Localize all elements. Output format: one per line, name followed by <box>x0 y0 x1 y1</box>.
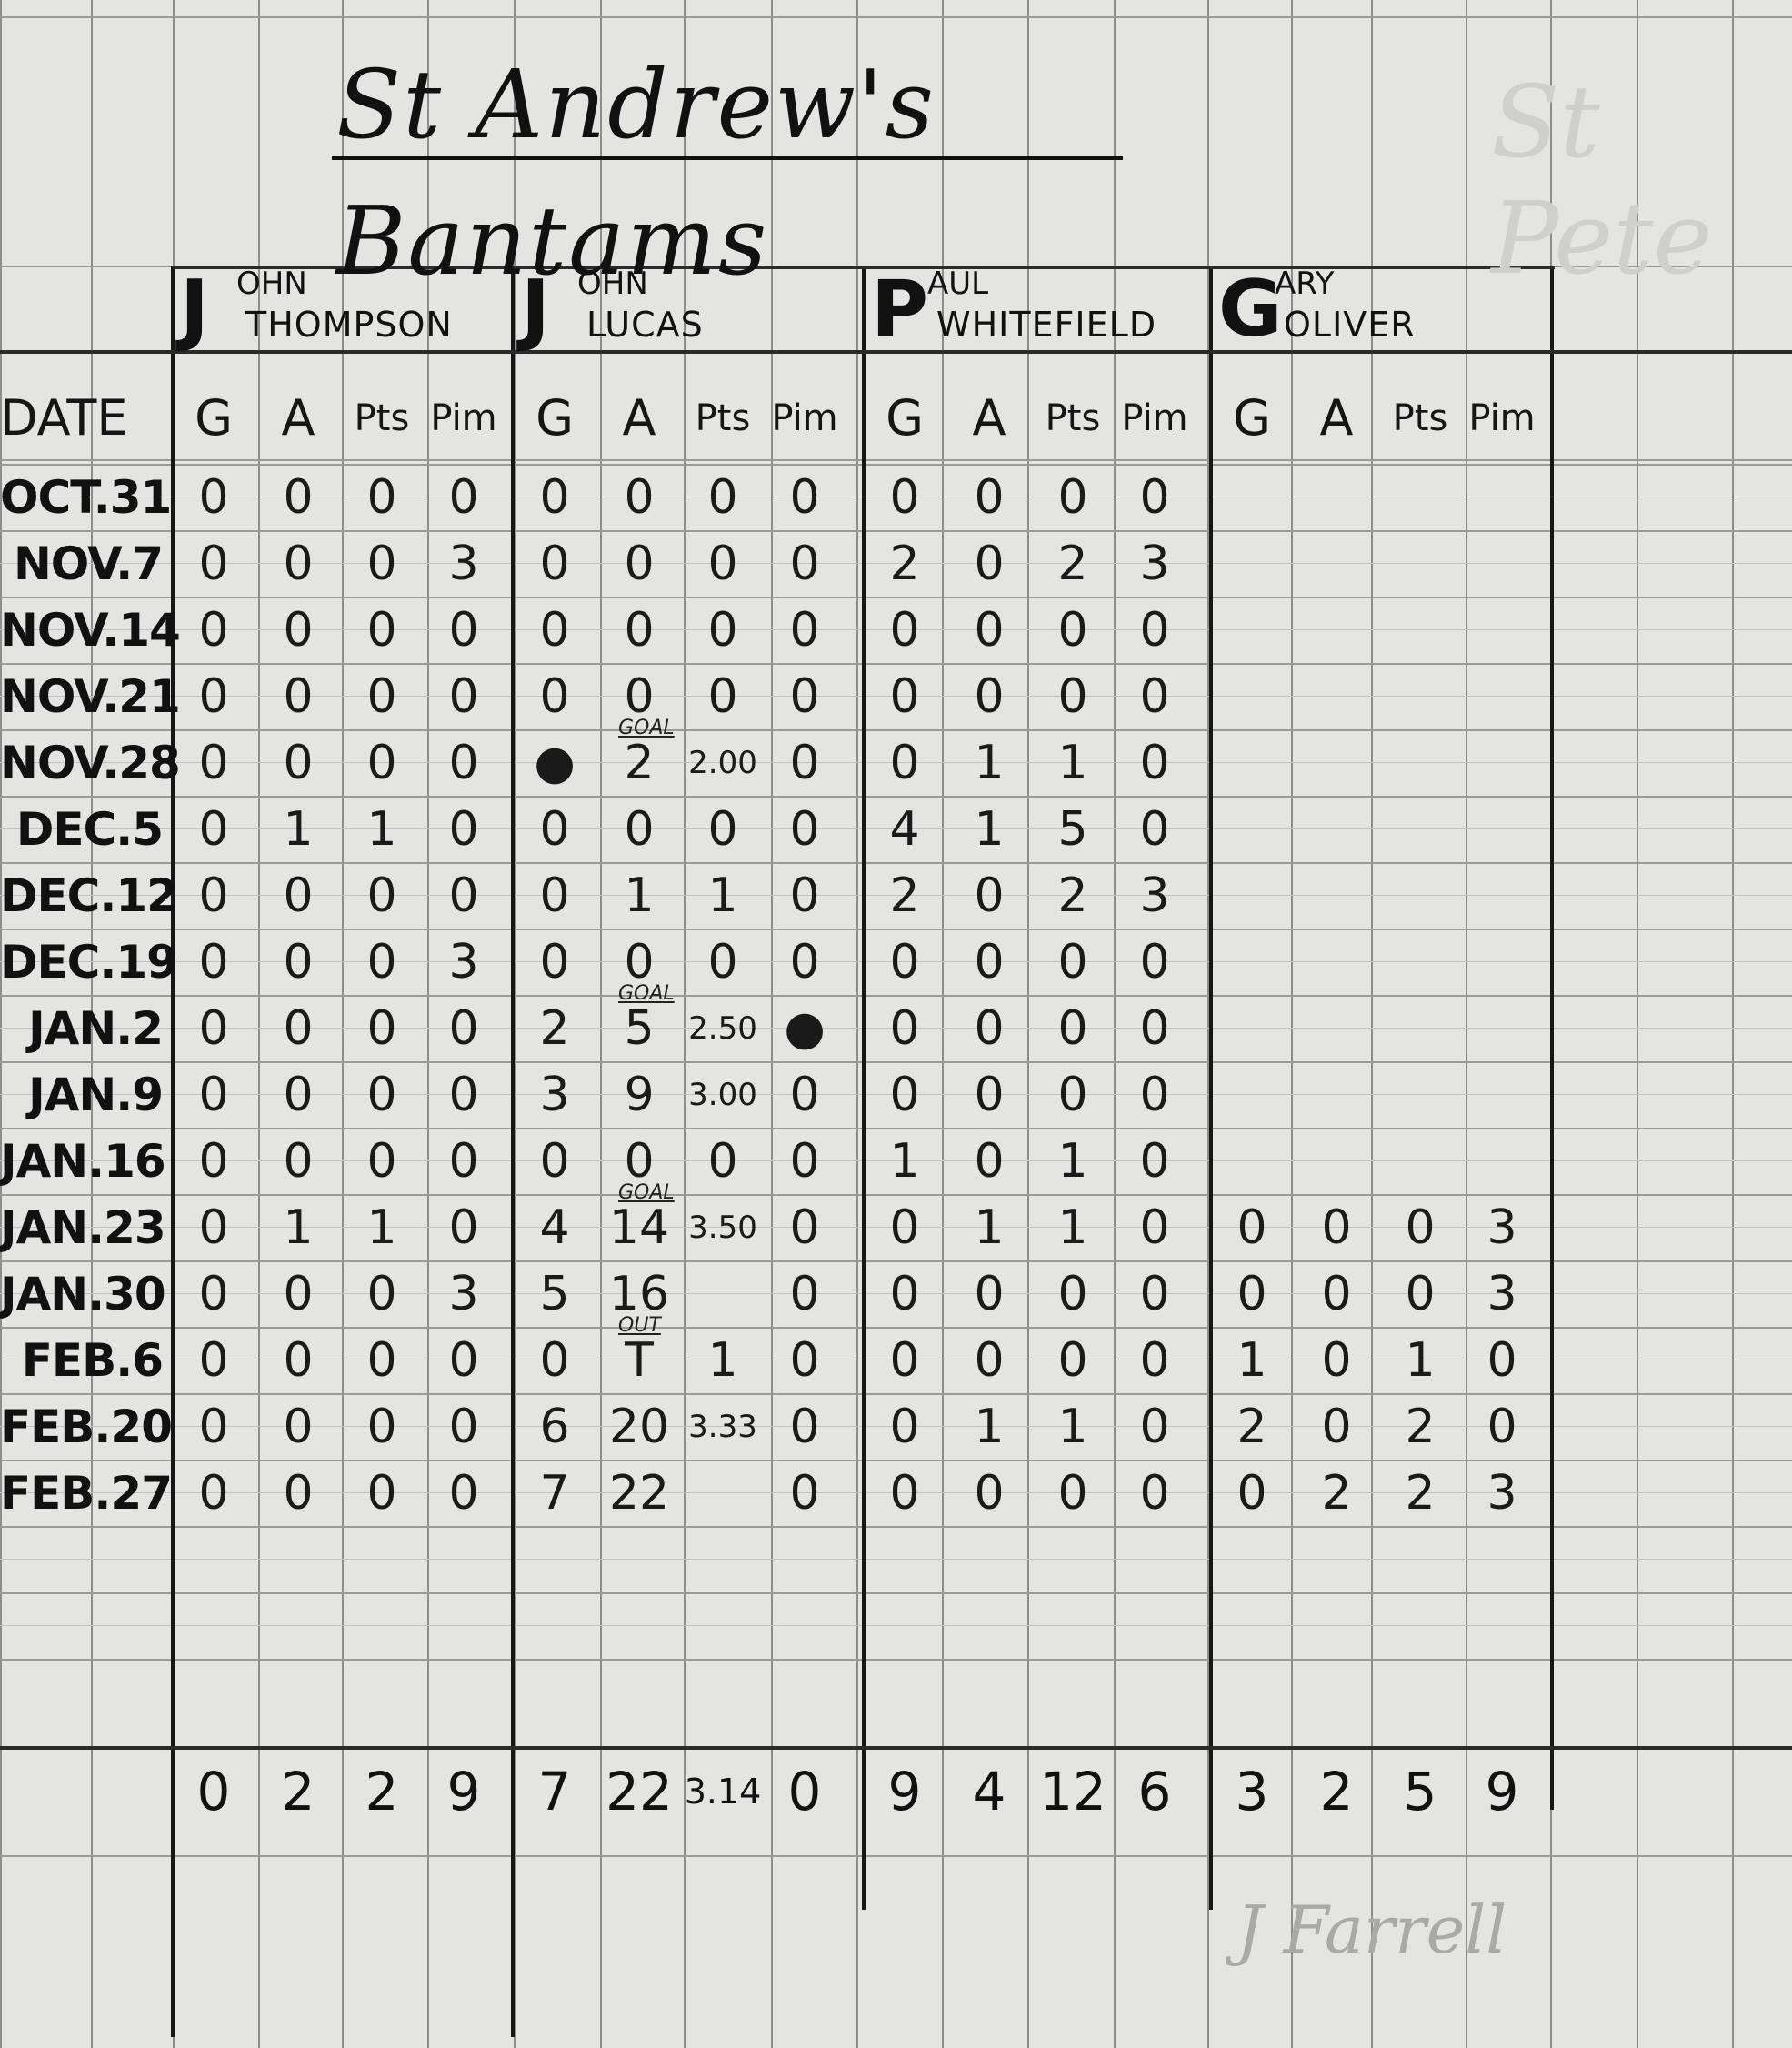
stat-cell: 0 <box>764 798 846 861</box>
stat-cell: 0 <box>1379 1196 1461 1260</box>
grid-row-line <box>0 1659 1792 1661</box>
stat-header-pts: Pts <box>682 382 764 455</box>
player-name-last: OLIVER <box>1284 304 1416 346</box>
stat-cell: 0 <box>864 1395 946 1459</box>
stat-cell: 0 <box>948 1129 1030 1193</box>
stat-cell: 1 <box>682 1329 764 1392</box>
stat-cell: 0 <box>864 1196 946 1260</box>
stat-cell: 0 <box>423 1063 505 1127</box>
stat-cell: 0 <box>1114 731 1196 795</box>
stat-cell: 0 <box>1296 1329 1377 1392</box>
stat-cell: 20 <box>598 1395 680 1459</box>
row-date: FEB.6 <box>0 1329 168 1392</box>
row-date: NOV.21 <box>0 665 168 728</box>
stat-cell: 0 <box>598 466 680 529</box>
stat-cell <box>1211 598 1293 662</box>
row-date: DEC.5 <box>0 798 168 861</box>
player-divider-line <box>1550 266 1554 1810</box>
stat-cell: 0 <box>341 997 423 1060</box>
stat-cell: 2 <box>864 864 946 928</box>
stat-cell <box>1211 864 1293 928</box>
stat-cell: 0 <box>423 1461 505 1525</box>
stat-cell: 0 <box>1379 1262 1461 1326</box>
stat-cell: 1 <box>948 798 1030 861</box>
stat-cell <box>1296 997 1377 1060</box>
stat-cell: 5 <box>514 1262 596 1326</box>
stat-cell: 0 <box>1114 1262 1196 1326</box>
stat-cell: 0 <box>764 532 846 596</box>
stat-cell: 0 <box>682 798 764 861</box>
stat-cell <box>1379 864 1461 928</box>
stat-cell: 1 <box>948 1395 1030 1459</box>
stat-cell: 0 <box>341 1395 423 1459</box>
stat-cell: 0 <box>764 665 846 728</box>
stat-cell <box>1461 1129 1543 1193</box>
stat-cell <box>1296 731 1377 795</box>
stat-cell <box>1379 598 1461 662</box>
stat-cell <box>1379 532 1461 596</box>
player-name-initial: P <box>871 264 928 355</box>
stat-cell: 0 <box>514 665 596 728</box>
stat-cell: 0 <box>257 598 339 662</box>
grid-row-line <box>0 459 1792 461</box>
row-date: JAN.16 <box>0 1129 168 1193</box>
stat-cell <box>1379 466 1461 529</box>
stat-cell: 0 <box>514 864 596 928</box>
row-date: NOV.7 <box>0 532 168 596</box>
stat-cell: 3 <box>423 930 505 994</box>
stat-cell: 3 <box>1461 1196 1543 1260</box>
stat-cell: 0 <box>514 598 596 662</box>
stat-cell <box>1211 997 1293 1060</box>
player-name-first: ARY <box>1275 266 1334 302</box>
stat-cell <box>1296 798 1377 861</box>
stat-cell: 3 <box>1114 864 1196 928</box>
row-date: DEC.19 <box>0 930 168 994</box>
stat-cell <box>682 1461 764 1525</box>
player-header: JOHNTHOMPSON <box>173 264 509 355</box>
stat-cell: 0 <box>948 466 1030 529</box>
stat-cell: 0 <box>423 1395 505 1459</box>
stat-cell: 0 <box>173 1461 255 1525</box>
grid-column-line <box>1637 0 1638 2048</box>
player-name-first: OHN <box>577 266 648 302</box>
grid-row-line <box>0 1526 1792 1528</box>
row-date: NOV.14 <box>0 598 168 662</box>
stat-cell: 7 <box>514 1461 596 1525</box>
stat-cell <box>1379 1063 1461 1127</box>
stat-cell: 0 <box>1211 1196 1293 1260</box>
stat-cell: 2 <box>1296 1461 1377 1525</box>
stat-cell: 0 <box>173 1063 255 1127</box>
player-name-last: THOMPSON <box>245 304 453 346</box>
stat-cell: 0 <box>864 1461 946 1525</box>
stat-cell: 0 <box>1461 1395 1543 1459</box>
stat-cell: 0 <box>173 1196 255 1260</box>
date-column-header: DATE <box>0 382 164 455</box>
stat-cell: 0 <box>1032 1461 1114 1525</box>
stat-cell: 1 <box>948 1196 1030 1260</box>
row-date: DEC.12 <box>0 864 168 928</box>
stat-cell: 0 <box>423 864 505 928</box>
stat-cell: 0 <box>1296 1196 1377 1260</box>
grid-faint-line <box>0 1559 1792 1560</box>
stat-cell: 0 <box>173 798 255 861</box>
player-name-initial: J <box>180 264 209 355</box>
stat-cell: 0 <box>948 1063 1030 1127</box>
stat-cell: 0 <box>1461 1329 1543 1392</box>
player-name-initial: G <box>1218 264 1283 355</box>
stat-header-g: G <box>1211 382 1293 455</box>
stat-cell: 0 <box>948 532 1030 596</box>
stat-cell: 0 <box>1114 997 1196 1060</box>
stat-cell: 2 <box>1379 1461 1461 1525</box>
stat-cell: 0 <box>1114 1063 1196 1127</box>
stat-cell: 0 <box>948 1329 1030 1392</box>
stat-cell: 0 <box>257 1063 339 1127</box>
player-name-first: AUL <box>927 266 988 302</box>
stat-header-pim: Pim <box>423 382 505 455</box>
stat-cell: 0 <box>423 1196 505 1260</box>
stat-cell: 1 <box>1211 1329 1293 1392</box>
stat-cell: 0 <box>423 598 505 662</box>
stat-cell: 2 <box>1032 532 1114 596</box>
stat-cell: 4 <box>864 798 946 861</box>
stat-cell: 2 <box>1379 1395 1461 1459</box>
stat-cell <box>1211 1129 1293 1193</box>
total-cell: 2 <box>257 1755 339 1828</box>
stat-header-g: G <box>864 382 946 455</box>
stat-cell: 2.00 <box>682 731 764 795</box>
stat-cell <box>1379 731 1461 795</box>
stat-cell: 0 <box>257 731 339 795</box>
grid-column-line <box>856 0 858 2048</box>
stat-cell: 0 <box>257 864 339 928</box>
stat-cell <box>682 1262 764 1326</box>
total-cell: 7 <box>514 1755 596 1828</box>
stat-cell: 1 <box>1032 1129 1114 1193</box>
total-cell: 0 <box>764 1755 846 1828</box>
stat-cell: 0 <box>341 1262 423 1326</box>
stat-cell <box>1211 1063 1293 1127</box>
total-cell: 0 <box>173 1755 255 1828</box>
stat-cell: 14 <box>598 1196 680 1260</box>
stat-cell <box>1296 532 1377 596</box>
stat-cell: 0 <box>257 1461 339 1525</box>
stat-cell <box>1211 798 1293 861</box>
stat-cell <box>1461 466 1543 529</box>
row-date: JAN.2 <box>0 997 168 1060</box>
stat-cell: 0 <box>1114 665 1196 728</box>
grid-faint-line <box>0 1625 1792 1626</box>
stat-cell: 3 <box>514 1063 596 1127</box>
stat-cell: 0 <box>864 466 946 529</box>
stat-cell: 0 <box>1211 1461 1293 1525</box>
stat-cell: 5 <box>1032 798 1114 861</box>
stat-cell: 0 <box>341 1329 423 1392</box>
total-cell: 3 <box>1211 1755 1293 1828</box>
stat-cell: 0 <box>341 930 423 994</box>
stat-cell: 0 <box>1114 798 1196 861</box>
stat-cell: 1 <box>864 1129 946 1193</box>
stat-cell: 0 <box>341 864 423 928</box>
stat-cell: 0 <box>864 598 946 662</box>
stat-cell <box>1461 997 1543 1060</box>
stat-header-pim: Pim <box>1114 382 1196 455</box>
stat-cell: 0 <box>764 1395 846 1459</box>
stat-cell: 0 <box>341 598 423 662</box>
stat-cell <box>1296 1129 1377 1193</box>
stat-cell: 0 <box>341 731 423 795</box>
stat-cell: T <box>598 1329 680 1392</box>
stat-cell: 0 <box>948 864 1030 928</box>
stat-cell: 0 <box>257 930 339 994</box>
stat-cell: 0 <box>1114 1461 1196 1525</box>
stat-header-pts: Pts <box>341 382 423 455</box>
grid-column-line <box>1732 0 1734 2048</box>
ledger-sheet: St Pete St Andrew's Bantams JOHNTHOMPSON… <box>0 0 1792 2048</box>
stat-cell: 0 <box>173 532 255 596</box>
stat-cell: 0 <box>514 1129 596 1193</box>
title-underline <box>332 156 1123 160</box>
row-date: OCT.31 <box>0 466 168 529</box>
stat-cell: 0 <box>1032 997 1114 1060</box>
stat-cell: 9 <box>598 1063 680 1127</box>
stat-cell: 0 <box>864 930 946 994</box>
stat-cell: 0 <box>173 466 255 529</box>
stat-cell: 0 <box>764 1461 846 1525</box>
stat-cell: 0 <box>764 1262 846 1326</box>
stat-header-a: A <box>1296 382 1377 455</box>
margin-note: OUT <box>618 1314 661 1337</box>
stat-cell: 0 <box>1114 598 1196 662</box>
stat-cell: 0 <box>864 1329 946 1392</box>
stat-cell <box>1461 1063 1543 1127</box>
stat-cell: 0 <box>1032 1329 1114 1392</box>
margin-note: GOAL <box>618 982 675 1005</box>
stat-header-pts: Pts <box>1379 382 1461 455</box>
stat-cell: 0 <box>1114 930 1196 994</box>
stat-cell: 0 <box>257 532 339 596</box>
stat-cell: 0 <box>1114 1196 1196 1260</box>
stat-cell <box>1211 466 1293 529</box>
stat-cell: 3.33 <box>682 1395 764 1459</box>
stat-cell: 0 <box>764 864 846 928</box>
stat-cell <box>1296 930 1377 994</box>
player-name-initial: J <box>521 264 550 355</box>
stat-header-pim: Pim <box>1461 382 1543 455</box>
stat-cell <box>1211 930 1293 994</box>
stat-cell: 0 <box>257 1395 339 1459</box>
stat-cell: 0 <box>948 598 1030 662</box>
stat-cell <box>1461 665 1543 728</box>
stat-cell: 0 <box>1114 466 1196 529</box>
grid-row-line <box>0 1592 1792 1594</box>
grid-row-line <box>0 1855 1792 1857</box>
row-date: JAN.23 <box>0 1196 168 1260</box>
stat-cell: 2 <box>1032 864 1114 928</box>
stat-cell: 0 <box>341 532 423 596</box>
stat-cell: 0 <box>514 466 596 529</box>
stat-cell: 0 <box>948 1262 1030 1326</box>
stat-cell: 0 <box>1114 1329 1196 1392</box>
stat-cell: 0 <box>341 665 423 728</box>
stat-cell: 0 <box>514 798 596 861</box>
stat-cell: 0 <box>948 997 1030 1060</box>
stat-cell: 0 <box>514 930 596 994</box>
stat-cell: 1 <box>682 864 764 928</box>
stat-cell <box>1461 930 1543 994</box>
stat-cell <box>1211 665 1293 728</box>
stat-cell: ● <box>514 731 596 795</box>
row-date: FEB.20 <box>0 1395 168 1459</box>
margin-note: GOAL <box>618 1181 675 1204</box>
stat-cell <box>1296 1063 1377 1127</box>
stat-cell: 2 <box>514 997 596 1060</box>
stat-cell: 0 <box>1296 1395 1377 1459</box>
stat-cell: 0 <box>257 665 339 728</box>
stat-cell <box>1461 798 1543 861</box>
stat-cell <box>1296 466 1377 529</box>
stat-cell: 0 <box>423 731 505 795</box>
stat-cell: 1 <box>341 798 423 861</box>
stat-cell: 0 <box>257 1129 339 1193</box>
stat-cell: 0 <box>598 798 680 861</box>
stat-header-pim: Pim <box>764 382 846 455</box>
stat-cell: 0 <box>764 1329 846 1392</box>
stat-cell: 0 <box>598 598 680 662</box>
stat-cell: 3 <box>1114 532 1196 596</box>
stat-cell: 0 <box>173 731 255 795</box>
stat-cell: 0 <box>682 930 764 994</box>
stat-cell: 0 <box>764 930 846 994</box>
stat-cell: 22 <box>598 1461 680 1525</box>
stat-cell: 0 <box>1032 930 1114 994</box>
stat-cell: 0 <box>864 1262 946 1326</box>
stat-cell: 0 <box>173 598 255 662</box>
stat-cell: 0 <box>423 665 505 728</box>
stat-cell: 0 <box>682 1129 764 1193</box>
stat-cell: 3 <box>423 532 505 596</box>
stat-cell: 0 <box>173 997 255 1060</box>
stat-header-a: A <box>257 382 339 455</box>
stat-cell: 2.50 <box>682 997 764 1060</box>
stat-cell <box>1461 731 1543 795</box>
stat-cell: 0 <box>864 731 946 795</box>
stat-cell: 0 <box>1114 1395 1196 1459</box>
stat-cell: 2 <box>864 532 946 596</box>
stat-cell: 0 <box>1032 665 1114 728</box>
player-name-first: OHN <box>236 266 307 302</box>
stat-cell: 3 <box>1461 1461 1543 1525</box>
stat-cell: 0 <box>682 598 764 662</box>
stat-cell: 3 <box>423 1262 505 1326</box>
total-cell: 9 <box>423 1755 505 1828</box>
total-cell: 2 <box>341 1755 423 1828</box>
player-header: GARYOLIVER <box>1211 264 1547 355</box>
stat-cell: 0 <box>682 532 764 596</box>
total-cell: 12 <box>1032 1755 1114 1828</box>
signature: J Farrell <box>1236 1892 1782 2001</box>
stat-cell: 2 <box>1211 1395 1293 1459</box>
stat-cell: 0 <box>173 665 255 728</box>
grid-row-line <box>0 16 1792 18</box>
stat-cell: 0 <box>764 1129 846 1193</box>
stat-cell: 0 <box>423 466 505 529</box>
margin-note: GOAL <box>618 717 675 739</box>
stat-cell: 0 <box>864 997 946 1060</box>
stat-cell: 0 <box>341 1063 423 1127</box>
stat-cell: 3.00 <box>682 1063 764 1127</box>
stat-cell: 0 <box>1032 1063 1114 1127</box>
total-cell: 5 <box>1379 1755 1461 1828</box>
stat-cell: 0 <box>764 1196 846 1260</box>
player-name-last: LUCAS <box>586 304 704 346</box>
total-cell: 9 <box>1461 1755 1543 1828</box>
stat-cell: 0 <box>423 1329 505 1392</box>
stat-cell: 0 <box>257 466 339 529</box>
stat-cell: 0 <box>173 1329 255 1392</box>
stat-cell: 0 <box>1114 1129 1196 1193</box>
stat-cell: 0 <box>1296 1262 1377 1326</box>
stat-header-a: A <box>948 382 1030 455</box>
stat-cell: 0 <box>173 1395 255 1459</box>
ruled-line <box>0 1746 1792 1750</box>
stat-cell: 0 <box>173 930 255 994</box>
bleed-through-text: St Pete <box>1491 64 1792 296</box>
stat-cell: 0 <box>764 1063 846 1127</box>
stat-cell: 0 <box>257 1262 339 1326</box>
stat-header-pts: Pts <box>1032 382 1114 455</box>
stat-cell: 0 <box>173 1262 255 1326</box>
stat-cell <box>1296 598 1377 662</box>
stat-cell: 5 <box>598 997 680 1060</box>
stat-cell: 1 <box>257 798 339 861</box>
stat-cell: 1 <box>1032 731 1114 795</box>
stat-cell <box>1461 532 1543 596</box>
player-header: JOHNLUCAS <box>514 264 850 355</box>
stat-cell: 0 <box>1211 1262 1293 1326</box>
stat-cell <box>1461 598 1543 662</box>
stat-cell: 0 <box>173 864 255 928</box>
total-cell: 22 <box>598 1755 680 1828</box>
page-title: St Andrew's Bantams <box>336 36 1246 173</box>
stat-cell: 6 <box>514 1395 596 1459</box>
row-date: JAN.9 <box>0 1063 168 1127</box>
stat-cell: 0 <box>257 997 339 1060</box>
stat-cell <box>1211 731 1293 795</box>
stat-cell <box>1461 864 1543 928</box>
stat-cell: 0 <box>682 466 764 529</box>
total-cell: 3.14 <box>682 1755 764 1828</box>
total-cell: 6 <box>1114 1755 1196 1828</box>
stat-cell: 0 <box>764 466 846 529</box>
stat-cell: 0 <box>1032 1262 1114 1326</box>
stat-cell: 0 <box>864 665 946 728</box>
stat-cell: 0 <box>1032 598 1114 662</box>
stat-cell: 4 <box>514 1196 596 1260</box>
stat-cell: 3.50 <box>682 1196 764 1260</box>
stat-header-g: G <box>514 382 596 455</box>
stat-cell: 0 <box>423 798 505 861</box>
stat-cell: 0 <box>423 997 505 1060</box>
total-cell: 4 <box>948 1755 1030 1828</box>
stat-cell: 0 <box>764 731 846 795</box>
stat-header-a: A <box>598 382 680 455</box>
stat-cell: 0 <box>341 1461 423 1525</box>
stat-cell: 2 <box>598 731 680 795</box>
stat-cell <box>1379 798 1461 861</box>
